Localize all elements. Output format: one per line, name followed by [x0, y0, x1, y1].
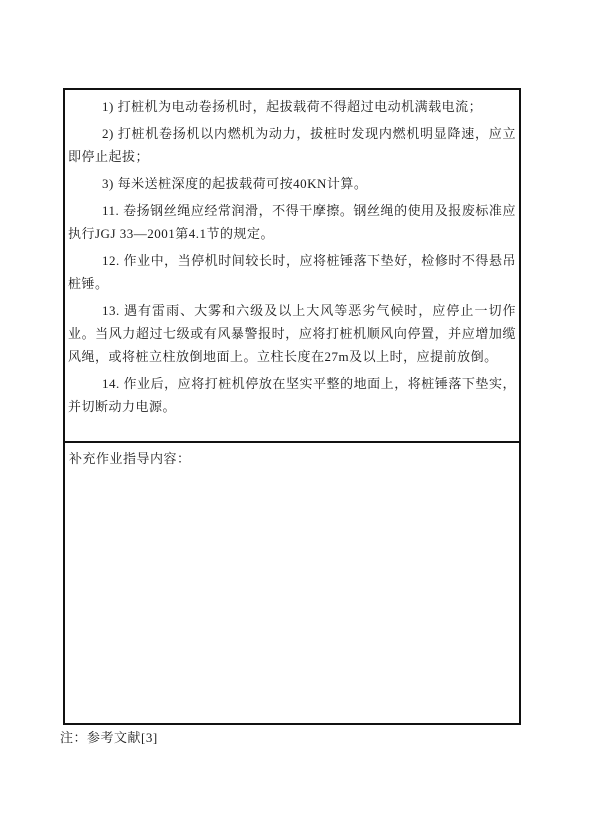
document-page: 1) 打桩机为电动卷扬机时，起拔载荷不得超过电动机满载电流； 2) 打桩机卷扬机…: [0, 0, 590, 835]
supplementary-section: 补充作业指导内容：: [65, 443, 519, 468]
instruction-paragraph: 3) 每米送桩深度的起拔载荷可按40KN计算。: [68, 172, 516, 195]
instruction-paragraph: 11. 卷扬钢丝绳应经常润滑，不得干摩擦。钢丝绳的使用及报废标准应执行JGJ 3…: [68, 199, 516, 245]
instruction-paragraph: 13. 遇有雷雨、大雾和六级及以上大风等恶劣气候时，应停止一切作业。当风力超过七…: [68, 299, 516, 368]
work-instruction-form-box: 1) 打桩机为电动卷扬机时，起拔载荷不得超过电动机满载电流； 2) 打桩机卷扬机…: [63, 88, 521, 725]
instruction-paragraph: 2) 打桩机卷扬机以内燃机为动力，拔桩时发现内燃机明显降速，应立即停止起拔；: [68, 122, 516, 168]
supplementary-content-label: 补充作业指导内容：: [69, 450, 516, 468]
instruction-paragraph: 14. 作业后，应将打桩机停放在坚实平整的地面上，将桩锤落下垫实，并切断动力电源…: [68, 372, 516, 418]
reference-note: 注：参考文献[3]: [60, 729, 158, 747]
instructions-section: 1) 打桩机为电动卷扬机时，起拔载荷不得超过电动机满载电流； 2) 打桩机卷扬机…: [65, 90, 519, 443]
instruction-paragraph: 1) 打桩机为电动卷扬机时，起拔载荷不得超过电动机满载电流；: [68, 95, 516, 118]
instruction-paragraph: 12. 作业中，当停机时间较长时，应将桩锤落下垫好，检修时不得悬吊桩锤。: [68, 249, 516, 295]
